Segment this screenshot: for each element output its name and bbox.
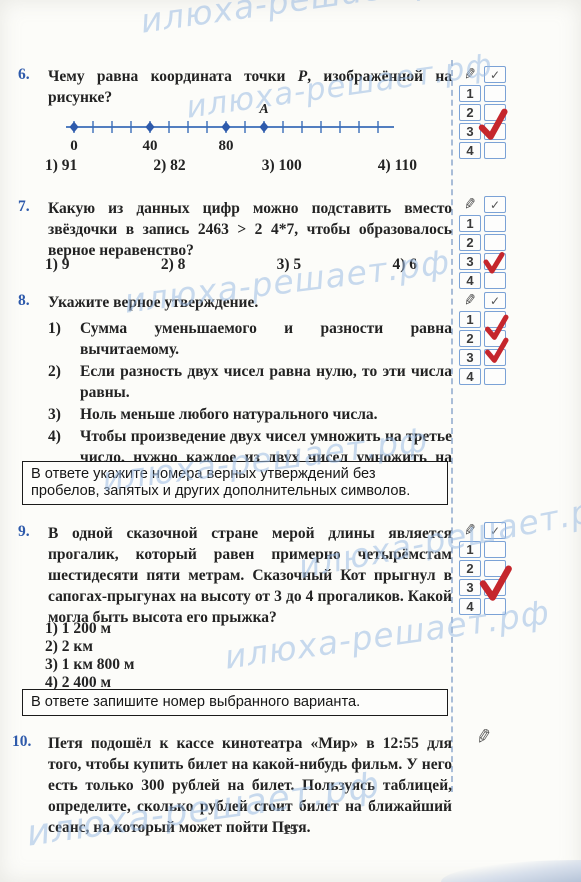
- answer-number-1: 1: [459, 541, 481, 558]
- answer-number-3: 3: [459, 349, 481, 366]
- q8-checkbox-1[interactable]: [484, 311, 506, 328]
- answer-grid-q7: ✎ ✓ 1 2 3 4: [459, 196, 509, 291]
- q7-checkbox-3[interactable]: [484, 253, 506, 270]
- q6-checkbox-2[interactable]: [484, 104, 506, 121]
- q9-options: 1) 1 200 м 2) 2 км 3) 1 км 800 м 4) 2 40…: [45, 620, 134, 692]
- question-text: Какую из данных цифр можно подставить вм…: [48, 198, 452, 261]
- q6-option-3[interactable]: 3) 100: [262, 157, 302, 175]
- pencil-icon: ✎: [458, 521, 482, 541]
- pencil-icon: ✎: [474, 725, 494, 751]
- header-checkbox: ✓: [484, 292, 506, 309]
- q8-statement-3: 3) Ноль меньше любого натурального числа…: [48, 404, 452, 425]
- answer-number-1: 1: [459, 215, 481, 232]
- pencil-icon: ✎: [458, 291, 482, 311]
- check-icon: ✓: [490, 198, 500, 212]
- q7-checkbox-2[interactable]: [484, 234, 506, 251]
- answer-number-3: 3: [459, 123, 481, 140]
- q9-checkbox-4[interactable]: [484, 598, 506, 615]
- question-10: 10. Петя подошёл к кассе кинотеатра «Мир…: [18, 733, 452, 838]
- answer-number-4: 4: [459, 598, 481, 615]
- answer-number-2: 2: [459, 104, 481, 121]
- question-number: 6.: [18, 66, 30, 84]
- q9-checkbox-3[interactable]: [484, 579, 506, 596]
- answer-number-4: 4: [459, 142, 481, 159]
- answer-grid-q8: ✎ ✓ 1 2 3 4: [459, 292, 509, 387]
- answer-grid-q9: ✎ ✓ 1 2 3 4: [459, 522, 509, 617]
- q8-checkbox-2[interactable]: [484, 330, 506, 347]
- answer-number-2: 2: [459, 234, 481, 251]
- question-7: 7. Какую из данных цифр можно подставить…: [18, 198, 452, 261]
- q6-checkbox-3[interactable]: [484, 123, 506, 140]
- q6-option-1[interactable]: 1) 91: [45, 157, 77, 175]
- q7-checkbox-1[interactable]: [484, 215, 506, 232]
- answer-number-2: 2: [459, 330, 481, 347]
- point-label-A: A: [258, 102, 268, 117]
- q9-option-2[interactable]: 2) 2 км: [45, 638, 134, 656]
- q9-checkbox-1[interactable]: [484, 541, 506, 558]
- check-icon: ✓: [490, 524, 500, 538]
- answer-number-3: 3: [459, 579, 481, 596]
- pencil-icon: ✎: [458, 195, 482, 215]
- question-number: 8.: [18, 292, 30, 310]
- q8-answer-note: В ответе укажите номера верных утвержден…: [22, 461, 448, 505]
- watermark: илюха-решает.рф: [138, 0, 468, 41]
- question-text: Укажите верное утверждение.: [48, 292, 452, 313]
- header-checkbox: ✓: [484, 66, 506, 83]
- q9-answer-note: В ответе запишите номер выбранного вариа…: [22, 689, 448, 716]
- q6-checkbox-4[interactable]: [484, 142, 506, 159]
- question-number: 7.: [18, 198, 30, 216]
- q7-option-4[interactable]: 4) 6: [392, 256, 417, 274]
- question-8: 8. Укажите верное утверждение. 1) Сумма …: [18, 292, 452, 489]
- answer-number-2: 2: [459, 560, 481, 577]
- q7-options: 1) 9 2) 8 3) 5 4) 6: [45, 256, 417, 274]
- q7-option-3[interactable]: 3) 5: [277, 256, 302, 274]
- q9-option-1[interactable]: 1) 1 200 м: [45, 620, 134, 638]
- answer-number-4: 4: [459, 368, 481, 385]
- q8-checkbox-3[interactable]: [484, 349, 506, 366]
- header-checkbox: ✓: [484, 196, 506, 213]
- check-icon: ✓: [490, 68, 500, 82]
- number-line-figure: 0 40 80 A: [60, 100, 404, 154]
- q7-option-2[interactable]: 2) 8: [161, 256, 186, 274]
- workbook-page: илюха-решает.рф илюха-решает.рф илюха-ре…: [0, 0, 581, 882]
- tick-label-80: 80: [219, 138, 234, 154]
- answer-grid-q6: ✎ ✓ 1 2 3 4: [459, 66, 509, 161]
- q6-checkbox-1[interactable]: [484, 85, 506, 102]
- question-number: 9.: [18, 523, 30, 541]
- header-checkbox: ✓: [484, 522, 506, 539]
- q9-checkbox-2[interactable]: [484, 560, 506, 577]
- question-number: 10.: [12, 733, 31, 751]
- q6-option-4[interactable]: 4) 110: [378, 157, 417, 175]
- question-text: В одной сказочной стране мерой длины явл…: [48, 523, 452, 628]
- answer-number-3: 3: [459, 253, 481, 270]
- point-variable: P: [298, 68, 307, 85]
- answer-number-4: 4: [459, 272, 481, 289]
- q6-option-2[interactable]: 2) 82: [153, 157, 185, 175]
- check-icon: ✓: [490, 294, 500, 308]
- q7-checkbox-4[interactable]: [484, 272, 506, 289]
- tick-label-40: 40: [143, 138, 158, 154]
- q8-statement-1: 1) Сумма уменьшаемого и разности равна в…: [48, 318, 452, 360]
- q9-option-3[interactable]: 3) 1 км 800 м: [45, 656, 134, 674]
- pencil-icon: ✎: [458, 65, 482, 85]
- q8-checkbox-4[interactable]: [484, 368, 506, 385]
- answer-number-1: 1: [459, 311, 481, 328]
- tick-label-0: 0: [70, 138, 78, 154]
- answer-number-1: 1: [459, 85, 481, 102]
- q8-statement-2: 2) Если разность двух чисел равна нулю, …: [48, 361, 452, 403]
- page-number: 15: [240, 822, 340, 839]
- page-corner-shadow: [441, 860, 581, 882]
- q6-options: 1) 91 2) 82 3) 100 4) 110: [45, 157, 417, 175]
- q7-option-1[interactable]: 1) 9: [45, 256, 70, 274]
- question-9: 9. В одной сказочной стране мерой длины …: [18, 523, 452, 628]
